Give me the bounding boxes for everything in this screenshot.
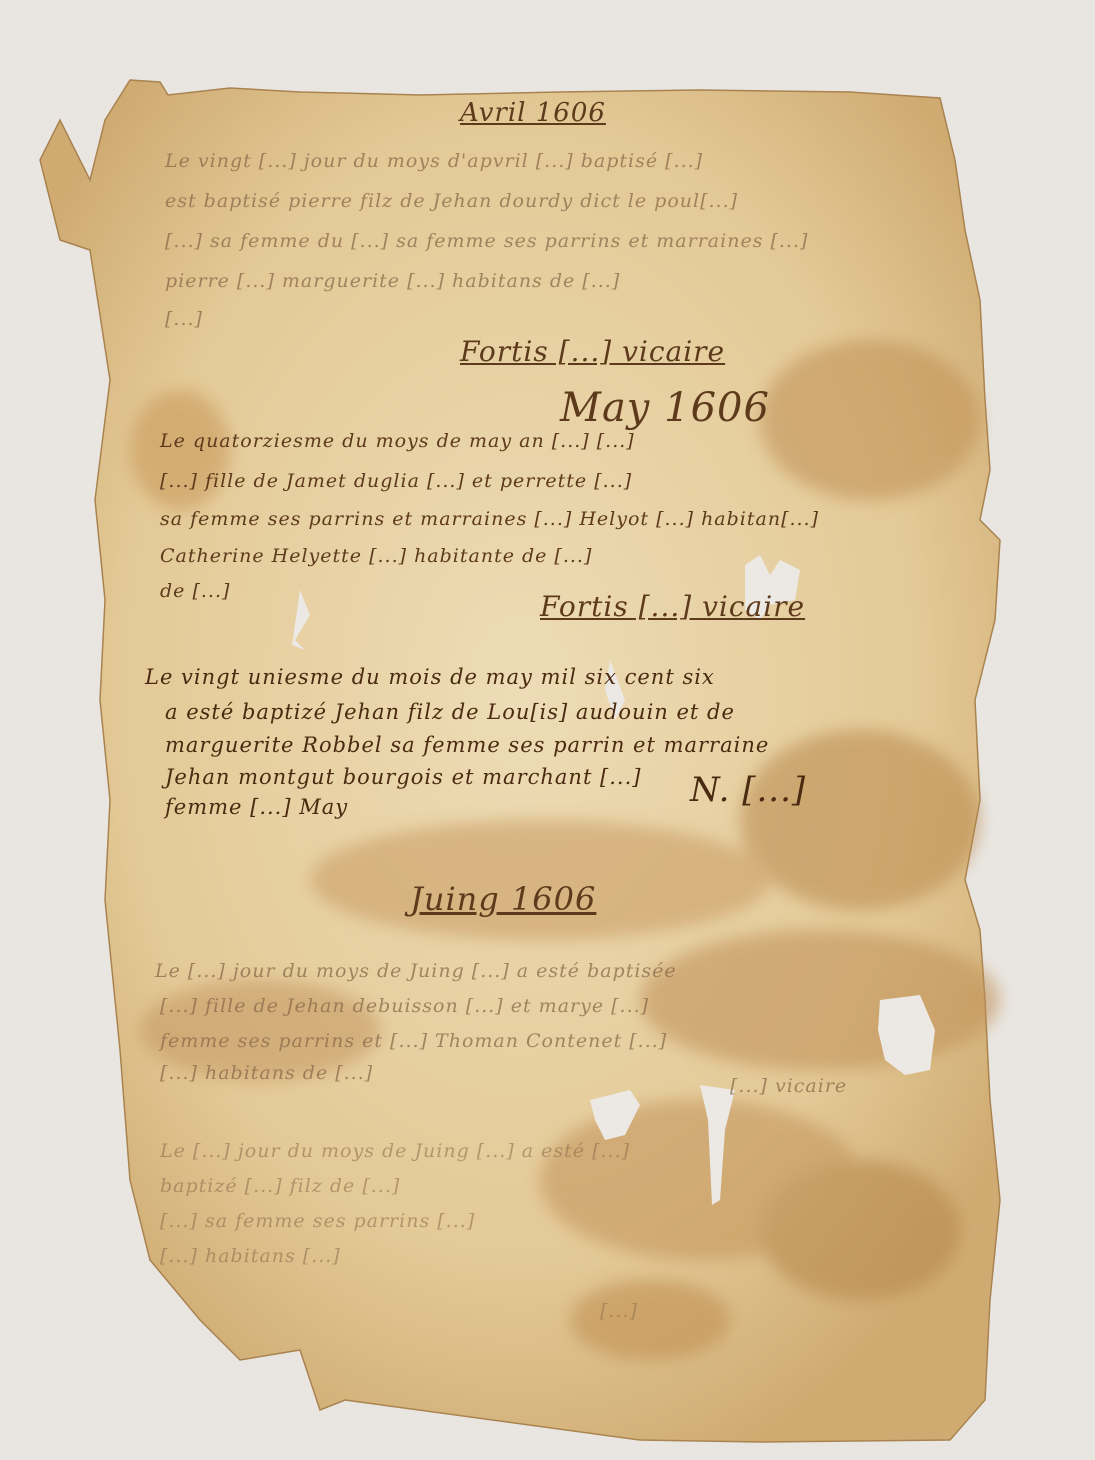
entry-1-line-3: [...] sa femme du [...] sa femme ses par… [165, 230, 808, 252]
entry-4-line-1: Le [...] jour du moys de Juing [...] a e… [155, 960, 677, 982]
entry-3-line-1: Le vingt uniesme du mois de may mil six … [145, 665, 715, 689]
header-date: Avril 1606 [460, 98, 606, 128]
entry-1-signature: Fortis [...] vicaire [460, 335, 725, 368]
entry-1-line-2: est baptisé pierre filz de Jehan dourdy … [165, 190, 738, 212]
entry-5-line-1: Le [...] jour du moys de Juing [...] a e… [160, 1140, 630, 1162]
entry-4-line-2: [...] fille de Jehan debuisson [...] et … [160, 995, 649, 1017]
entry-4-signature: [...] vicaire [730, 1075, 847, 1097]
entry-3-signature: N. [...] [690, 770, 806, 810]
entry-5-line-3: [...] sa femme ses parrins [...] [160, 1210, 475, 1232]
entry-5-signature: [...] [600, 1300, 638, 1322]
entry-2-line-2: [...] fille de Jamet duglia [...] et per… [160, 470, 632, 492]
entry-5-line-2: baptizé [...] filz de [...] [160, 1175, 400, 1197]
entry-2-line-4: Catherine Helyette [...] habitante de [.… [160, 545, 592, 567]
entry-4-line-4: [...] habitans de [...] [160, 1062, 373, 1084]
entry-3-line-2: a esté baptizé Jehan filz de Lou[is] aud… [165, 700, 735, 724]
entry-2-line-3: sa femme ses parrins et marraines [...] … [160, 508, 819, 530]
entry-1-line-1: Le vingt [...] jour du moys d'apvril [..… [165, 150, 703, 172]
entry-1-line-5: [...] [165, 308, 203, 330]
entry-2-signature: Fortis [...] vicaire [540, 590, 805, 623]
entry-4-line-3: femme ses parrins et [...] Thoman Conten… [160, 1030, 667, 1052]
entry-2-line-1: Le quatorziesme du moys de may an [...] … [160, 430, 635, 452]
entry-2-line-5: de [...] [160, 580, 230, 602]
entry-5-line-4: [...] habitans [...] [160, 1245, 341, 1267]
month-heading-june: Juing 1606 [410, 880, 596, 918]
entry-3-line-4: Jehan montgut bourgois et marchant [...] [165, 765, 641, 789]
month-heading-may: May 1606 [560, 385, 770, 431]
entry-3-line-3: marguerite Robbel sa femme ses parrin et… [165, 733, 769, 757]
manuscript-page [0, 0, 1095, 1460]
entry-3-line-5: femme [...] May [165, 795, 348, 819]
entry-1-line-4: pierre [...] marguerite [...] habitans d… [165, 270, 620, 292]
